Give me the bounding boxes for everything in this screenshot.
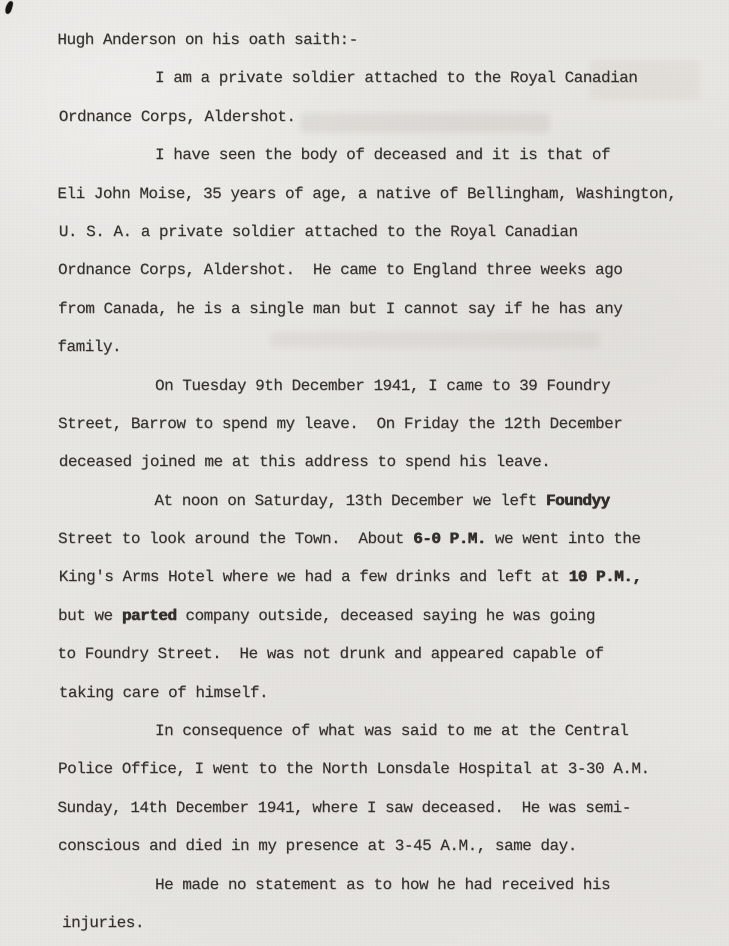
text-line: Street to look around the Town. About 6-…	[58, 520, 718, 558]
text-line: At noon on Saturday, 13th December we le…	[57, 482, 717, 520]
text-line: Eli John Moise, 35 years of age, a nativ…	[57, 175, 717, 213]
text-segment: taking care of himself.	[59, 684, 268, 702]
text-line: He made no statement as to how he had re…	[58, 866, 718, 904]
text-segment: company outside, deceased saying he was …	[176, 607, 595, 625]
text-segment: family.	[57, 338, 121, 356]
document-text: Hugh Anderson on his oath saith:-I am a …	[58, 21, 718, 942]
text-segment: I am a private soldier attached to the R…	[155, 69, 637, 87]
overstruck-text: 6-0 P.M.	[413, 530, 486, 548]
ink-blot	[5, 0, 14, 14]
text-segment: we went into the	[486, 530, 641, 548]
text-line: King's Arms Hotel where we had a few dri…	[59, 558, 719, 596]
text-line: Hugh Anderson on his oath saith:-	[57, 21, 717, 59]
text-line: Sunday, 14th December 1941, where I saw …	[57, 789, 717, 827]
text-segment: Eli John Moise, 35 years of age, a nativ…	[57, 185, 676, 203]
text-line: injuries.	[62, 904, 722, 942]
document-page: Hugh Anderson on his oath saith:-I am a …	[0, 0, 729, 946]
text-segment: conscious and died in my presence at 3-4…	[58, 837, 577, 855]
text-segment: to Foundry Street. He was not drunk and …	[57, 645, 603, 663]
text-segment: Police Office, I went to the North Lonsd…	[58, 760, 650, 778]
overstruck-text: parted	[122, 607, 177, 625]
text-line: from Canada, he is a single man but I ca…	[58, 290, 718, 328]
text-line: Ordnance Corps, Aldershot. He came to En…	[58, 251, 718, 289]
text-line: Ordnance Corps, Aldershot.	[59, 98, 719, 136]
text-line: to Foundry Street. He was not drunk and …	[57, 635, 717, 673]
text-line: family.	[57, 328, 717, 366]
text-segment: Street to look around the Town. About	[58, 530, 413, 548]
text-line: In consequence of what was said to me at…	[58, 712, 718, 750]
text-segment: King's Arms Hotel where we had a few dri…	[59, 568, 569, 586]
text-line: Street, Barrow to spend my leave. On Fri…	[58, 405, 718, 443]
text-segment: At noon on Saturday, 13th December we le…	[154, 492, 545, 510]
text-line: conscious and died in my presence at 3-4…	[58, 827, 718, 865]
text-segment: Ordnance Corps, Aldershot. He came to En…	[58, 261, 622, 279]
text-segment: U. S. A. a private soldier attached to t…	[59, 223, 578, 241]
text-segment: Street, Barrow to spend my leave. On Fri…	[58, 415, 622, 433]
text-segment: I have seen the body of deceased and it …	[155, 146, 610, 164]
text-segment: injuries.	[62, 914, 144, 932]
text-segment: Ordnance Corps, Aldershot.	[59, 108, 296, 126]
text-segment: Sunday, 14th December 1941, where I saw …	[57, 799, 630, 817]
text-segment: On Tuesday 9th December 1941, I came to …	[155, 377, 610, 395]
text-segment: from Canada, he is a single man but I ca…	[58, 300, 622, 318]
overstruck-text: Foundyy	[546, 492, 610, 510]
text-line: I am a private soldier attached to the R…	[58, 59, 718, 97]
overstruck-text: 10 P.M.,	[568, 568, 641, 586]
text-line: I have seen the body of deceased and it …	[58, 136, 718, 174]
text-line: U. S. A. a private soldier attached to t…	[59, 213, 719, 251]
text-segment: In consequence of what was said to me at…	[155, 722, 628, 740]
text-line: deceased joined me at this address to sp…	[59, 443, 719, 481]
text-line: Police Office, I went to the North Lonsd…	[58, 750, 718, 788]
text-line: On Tuesday 9th December 1941, I came to …	[58, 367, 718, 405]
text-line: but we parted company outside, deceased …	[58, 597, 718, 635]
text-segment: He made no statement as to how he had re…	[155, 876, 610, 894]
text-segment: but we	[58, 607, 122, 625]
text-line: taking care of himself.	[59, 674, 719, 712]
text-segment: Hugh Anderson on his oath saith:-	[57, 31, 357, 49]
text-segment: deceased joined me at this address to sp…	[59, 453, 550, 471]
